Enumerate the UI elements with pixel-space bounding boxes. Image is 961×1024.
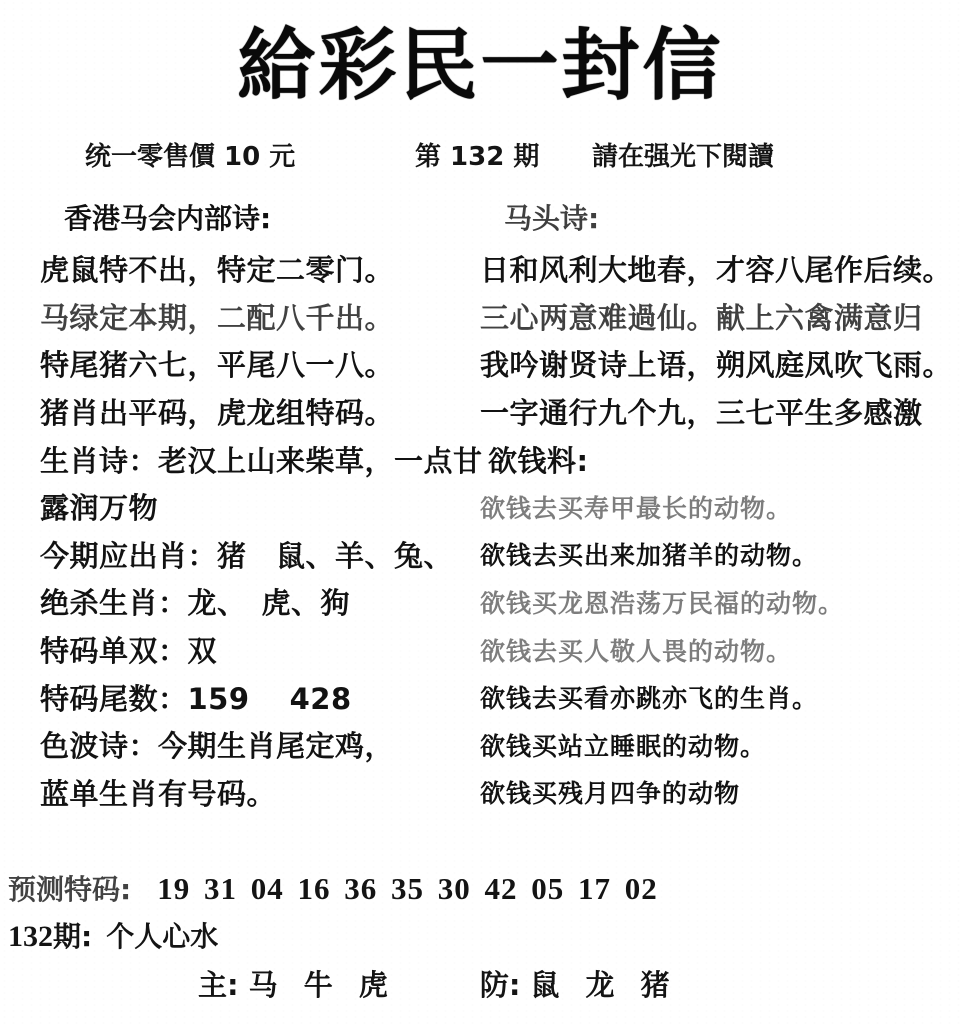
page-title: 給彩民一封信: [0, 24, 961, 110]
zodiac-poem-line: 生肖诗：老汉上山来柴草，一点甘: [40, 435, 485, 483]
horsehead-poem-line: 一字通行九个九，三七平生多感激: [480, 388, 955, 436]
personal-pick-label: 个人心水: [106, 915, 218, 955]
scanned-lottery-letter-page: 給彩民一封信 统一零售價 10 元 第 132 期 請在强光下閱讀 香港马会内部…: [0, 0, 961, 1024]
left-column-internal-poem: 香港马会内部诗: 虎鼠特不出，特定二零门。 马绿定本期，二配八千出。 特尾猪六七…: [40, 188, 485, 816]
issue-suffix: 期:: [53, 915, 92, 955]
money-riddle-heading: 欲钱料:: [480, 435, 955, 483]
money-riddle-line: 欲钱去买人敬人畏的动物。: [480, 626, 955, 674]
odd-even-line: 特码单双：双: [40, 626, 485, 674]
color-wave-line: 蓝单生肖有号码。: [40, 769, 485, 817]
money-riddle-line: 欲钱去买寿甲最长的动物。: [480, 483, 955, 531]
color-wave-line: 色波诗：今期生肖尾定鸡，: [40, 721, 485, 769]
expected-zodiac-line: 今期应出肖：猪 鼠、羊、兔、: [40, 531, 485, 579]
issue-number-label: 第 132 期: [415, 136, 539, 173]
poem-line: 特尾猪六七，平尾八一八。: [40, 340, 485, 388]
horsehead-poem-line: 三心两意难過仙。献上六禽满意归: [480, 293, 955, 341]
guard-zodiacs: 鼠 龙 猪: [530, 963, 669, 1004]
horsehead-poem-line: 我吟谢贤诗上语，朔风庭凤吹飞雨。: [480, 340, 955, 388]
poem-line: 马绿定本期，二配八千出。: [40, 293, 485, 341]
money-riddle-line: 欲钱去买出来加猪羊的动物。: [480, 531, 955, 579]
main-guard-zodiac-row: 主: 马 牛 虎 防: 鼠 龙 猪: [198, 963, 670, 1004]
issue-number: 132: [8, 920, 53, 954]
predicted-special-numbers: 19 31 04 16 36 35 30 42 05 17 02: [157, 871, 658, 907]
horsehead-poem-line: 日和风利大地春，才容八尾作后续。: [480, 245, 955, 293]
unit-price-label: 统一零售價 10 元: [85, 136, 295, 173]
poem-line: 猪肖出平码，虎龙组特码。: [40, 388, 485, 436]
predicted-special-numbers-row: 预测特码: 19 31 04 16 36 35 30 42 05 17 02: [8, 868, 658, 908]
money-riddle-line: 欲钱买残月四争的动物: [480, 769, 955, 817]
killed-zodiac-line: 绝杀生肖：龙、 虎、狗: [40, 578, 485, 626]
left-column-heading: 香港马会内部诗:: [40, 188, 485, 245]
main-label: 主:: [198, 963, 239, 1004]
money-riddle-line: 欲钱买站立睡眠的动物。: [480, 721, 955, 769]
money-riddle-line: 欲钱去买看亦跳亦飞的生肖。: [480, 673, 955, 721]
right-column-heading: 马头诗:: [480, 188, 955, 245]
reading-notice-label: 請在强光下閱讀: [592, 136, 774, 173]
zodiac-poem-line: 露润万物: [40, 483, 485, 531]
main-zodiacs: 马 牛 虎: [249, 963, 388, 1004]
issue-heart-water-row: 132 期: 个人心水: [8, 915, 218, 955]
money-riddle-line: 欲钱买龙恩浩荡万民福的动物。: [480, 578, 955, 626]
poem-line: 虎鼠特不出，特定二零门。: [40, 245, 485, 293]
guard-label: 防:: [480, 963, 521, 1004]
tail-numbers-line: 特码尾数：159 428: [40, 673, 485, 721]
predicted-special-label: 预测特码:: [8, 868, 131, 908]
right-column-horsehead-poem: 马头诗: 日和风利大地春，才容八尾作后续。 三心两意难過仙。献上六禽满意归 我吟…: [480, 188, 955, 816]
